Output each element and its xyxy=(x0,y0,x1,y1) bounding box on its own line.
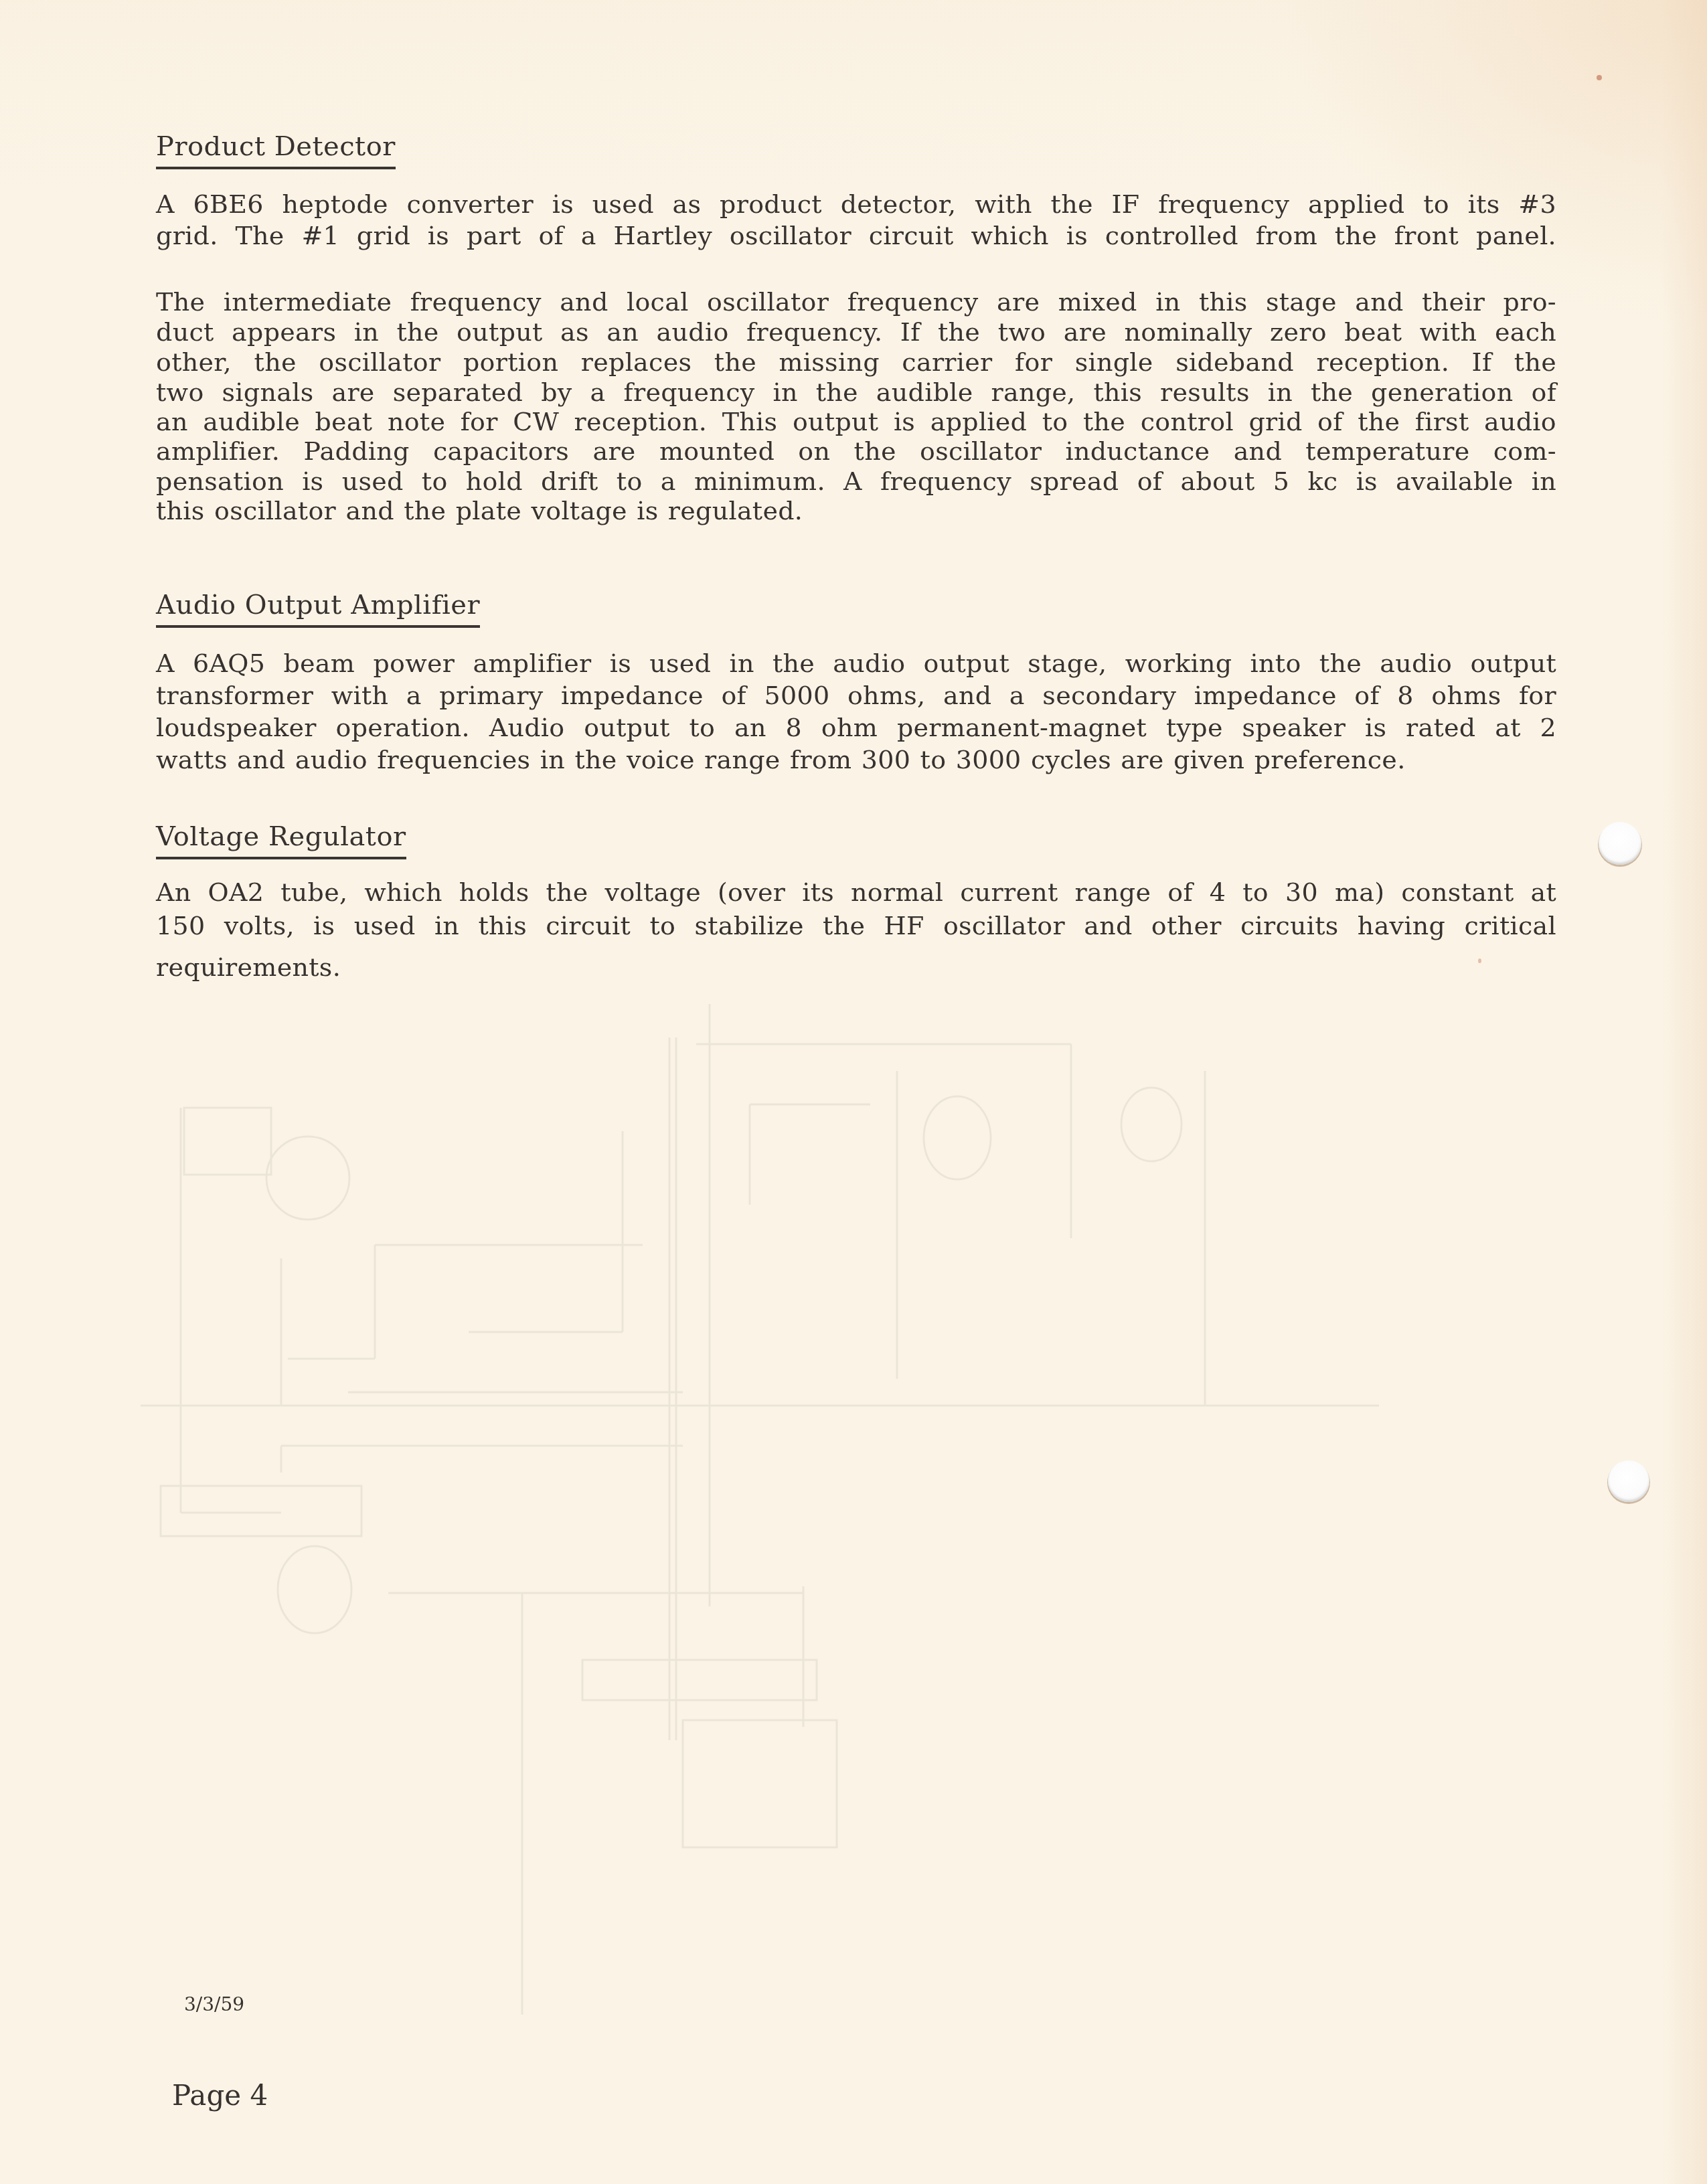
section-heading-voltage-regulator: Voltage Regulator xyxy=(156,821,406,859)
body-text-line: other, the oscillator portion replaces t… xyxy=(156,347,1556,377)
body-text-line: this oscillator and the plate voltage is… xyxy=(156,495,803,526)
body-text-line: The intermediate frequency and local osc… xyxy=(156,286,1556,317)
body-text-line: grid. The #1 grid is part of a Hartley o… xyxy=(156,220,1556,251)
paper-speck xyxy=(1478,958,1481,963)
body-text-line: requirements. xyxy=(156,952,341,983)
section-heading-audio-output-amplifier: Audio Output Amplifier xyxy=(156,589,480,628)
document-date: 3/3/59 xyxy=(184,1993,244,2016)
page-number: Page 4 xyxy=(172,2079,268,2112)
body-text-line: watts and audio frequencies in the voice… xyxy=(156,744,1406,775)
body-text-line: A 6BE6 heptode converter is used as prod… xyxy=(156,189,1556,220)
body-text-line: 150 volts, is used in this circuit to st… xyxy=(156,910,1556,941)
punch-hole-bottom xyxy=(1608,1460,1649,1502)
body-text-line: A 6AQ5 beam power amplifier is used in t… xyxy=(156,648,1556,679)
body-text-line: amplifier. Padding capacitors are mounte… xyxy=(156,436,1556,467)
punch-hole-top xyxy=(1599,822,1641,865)
body-text-line: transformer with a primary impedance of … xyxy=(156,680,1556,711)
body-text-line: An OA2 tube, which holds the voltage (ov… xyxy=(156,877,1556,908)
body-text-line: pensation is used to hold drift to a min… xyxy=(156,466,1556,497)
body-text-line: two signals are separated by a frequency… xyxy=(156,377,1556,408)
body-text-line: an audible beat note for CW reception. T… xyxy=(156,406,1556,437)
paper-speck xyxy=(1597,75,1602,80)
section-heading-product-detector: Product Detector xyxy=(156,131,396,169)
body-text-line: duct appears in the output as an audio f… xyxy=(156,317,1556,347)
body-text-line: loudspeaker operation. Audio output to a… xyxy=(156,712,1556,743)
